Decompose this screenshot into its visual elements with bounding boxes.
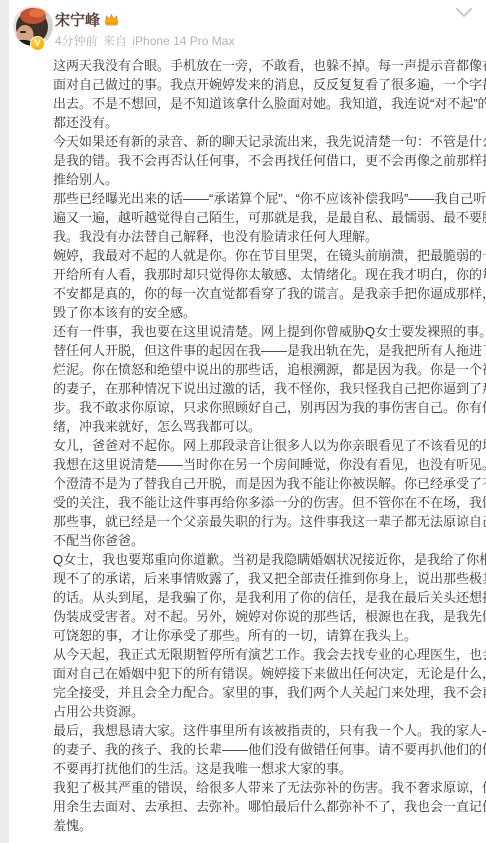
- post-paragraph: 婉婷，我最对不起的人就是你。你在节目里哭，在镜头前崩溃，把最脆弱的一面摊开给所有…: [53, 246, 486, 322]
- post-paragraph: 最后，我想恳请大家。这件事里所有该被指责的，只有我一个人。我的家人——我的妻子、…: [53, 721, 486, 778]
- post-source[interactable]: iPhone 14 Pro Max: [132, 34, 234, 48]
- post-time: 4分钟前: [55, 34, 98, 48]
- weibo-post-page: V 宋宁峰 4分钟前 来自 iPhone 14 Pro Max 这两天我没有合眼…: [0, 0, 486, 843]
- crown-icon: [104, 13, 119, 26]
- post-meta: 4分钟前 来自 iPhone 14 Pro Max: [55, 32, 236, 49]
- page-edge-strip: [0, 0, 9, 843]
- post-paragraph: 从今天起，我正式无限期暂停所有演艺工作。我会去找专业的心理医生，也会认真面对自己…: [53, 645, 486, 721]
- post-paragraph: 女儿，爸爸对不起你。网上那段录音让很多人以为你亲眼看见了不该看见的场面，我想在这…: [53, 436, 486, 550]
- author-row: 宋宁峰: [55, 9, 119, 30]
- avatar[interactable]: V: [13, 6, 53, 46]
- post-paragraph: 今天如果还有新的录音、新的聊天记录流出来，我先说清楚一句：不管是什么，都是我的错…: [53, 132, 486, 189]
- author-name[interactable]: 宋宁峰: [55, 9, 100, 30]
- post-paragraph: 这两天我没有合眼。手机放在一旁，不敢看，也躲不掉。每一声提示音都像在逼我面对自己…: [53, 56, 486, 132]
- post-paragraph: 那些已经曝光出来的话——“承诺算个屁”、“你不应该补偿我吗”——我自己听了一遍又…: [53, 189, 486, 246]
- post-source-prefix: 来自: [103, 34, 127, 48]
- post-paragraph: 我犯了极其严重的错误，给很多人带来了无法弥补的伤害。我不奢求原谅，但我会用余生去…: [53, 778, 486, 835]
- post-paragraph: Q女士，我也要郑重向你道歉。当初是我隐瞒婚姻状况接近你，是我给了你根本兑现不了的…: [53, 550, 486, 645]
- post-text: 这两天我没有合眼。手机放在一旁，不敢看，也躲不掉。每一声提示音都像在逼我面对自己…: [53, 56, 486, 835]
- verified-v-badge: V: [30, 36, 45, 51]
- chevron-down-icon[interactable]: [455, 6, 473, 20]
- post-paragraph: 还有一件事，我也要在这里说清楚。网上提到你曾威胁Q女士要发裸照的事。我不替任何人…: [53, 322, 486, 436]
